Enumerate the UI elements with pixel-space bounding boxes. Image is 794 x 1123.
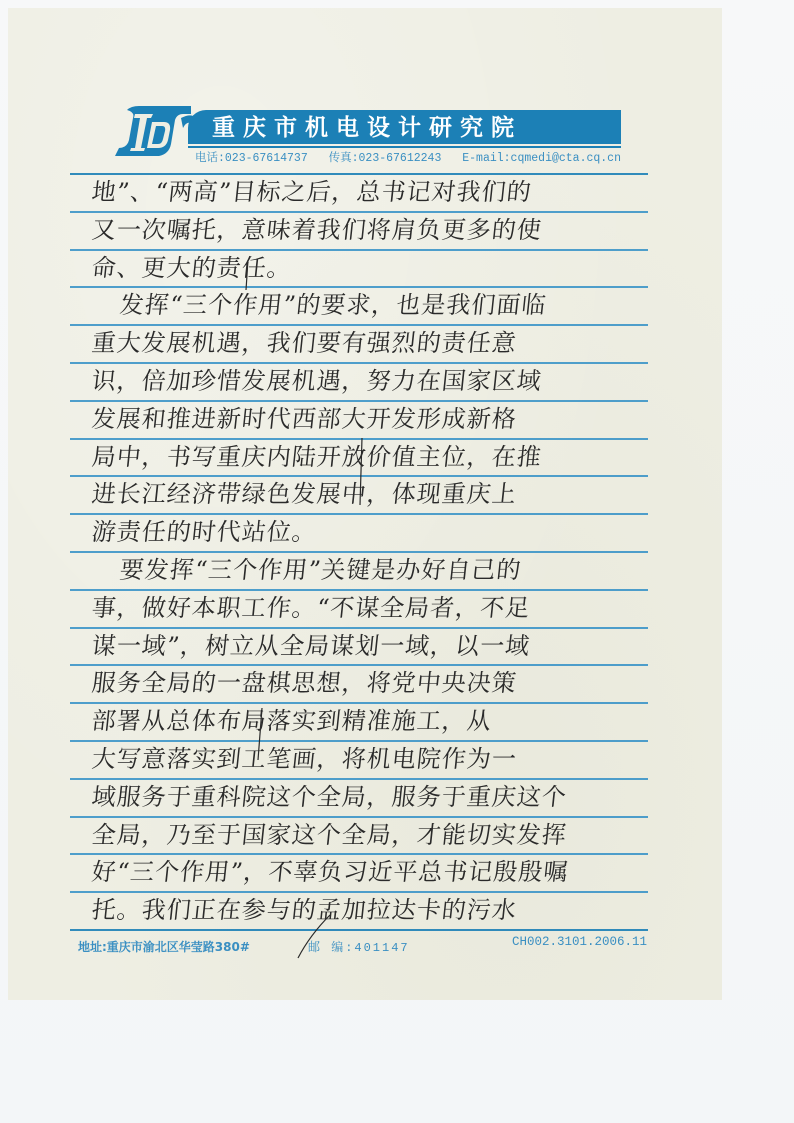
handwritten-line: 谋一域”，树立从全局谋划一域，以一域	[90, 628, 654, 664]
handwritten-line: 识，倍加珍惜发展机遇，努力在国家区域	[90, 363, 654, 399]
handwritten-line: 发展和推进新时代西部大开发形成新格	[90, 401, 654, 437]
handwritten-line: 大写意落实到工笔画，将机电院作为一	[90, 741, 654, 777]
footer-form-code: CH002.3101.2006.11	[512, 935, 647, 949]
fax-number: 传真:023-67612243	[329, 152, 442, 165]
contact-info: 电话:023-67614737 传真:023-67612243 E-mail:c…	[195, 150, 621, 168]
handwritten-line: 要发挥“三个作用”关键是办好自己的	[118, 552, 682, 588]
handwritten-line: 地”、“两高”目标之后，总书记对我们的	[90, 174, 654, 210]
handwritten-line: 部署从总体布局落实到精准施工，从	[90, 703, 654, 739]
handwritten-line: 域服务于重科院这个全局，服务于重庆这个	[90, 779, 654, 815]
handwritten-line: 托。我们正在参与的孟加拉达卡的污水	[90, 892, 654, 928]
ruled-line	[70, 929, 648, 931]
handwritten-line: 命、更大的责任。	[90, 250, 654, 286]
handwritten-line: 全局，乃至于国家这个全局，才能切实发挥	[90, 817, 654, 853]
handwritten-line: 服务全局的一盘棋思想，将党中央决策	[90, 665, 654, 701]
institute-logo-icon	[113, 104, 193, 158]
handwritten-line: 局中，书写重庆内陆开放价值主位，在推	[90, 439, 654, 475]
email-address: E-mail:cqmedi@cta.cq.cn	[462, 152, 621, 165]
footer-postcode: 邮 编:401147	[308, 938, 410, 955]
phone-number: 电话:023-67614737	[195, 152, 308, 165]
handwritten-line: 游责任的时代站位。	[90, 514, 654, 550]
handwritten-line: 事，做好本职工作。“不谋全局者，不足	[90, 590, 654, 626]
handwritten-line: 发挥“三个作用”的要求，也是我们面临	[118, 287, 682, 323]
footer-address: 地址:重庆市渝北区华莹路380#	[78, 938, 250, 955]
handwritten-line: 进长江经济带绿色发展中，体现重庆上	[90, 476, 654, 512]
handwritten-line: 好“三个作用”，不辜负习近平总书记殷殷嘱	[90, 854, 654, 890]
organization-name: 重庆市机电设计研究院	[212, 112, 612, 144]
handwritten-line: 又一次嘱托，意味着我们将肩负更多的使	[90, 212, 654, 248]
handwritten-line: 重大发展机遇，我们要有强烈的责任意	[90, 325, 654, 361]
banner-underline	[188, 146, 621, 148]
